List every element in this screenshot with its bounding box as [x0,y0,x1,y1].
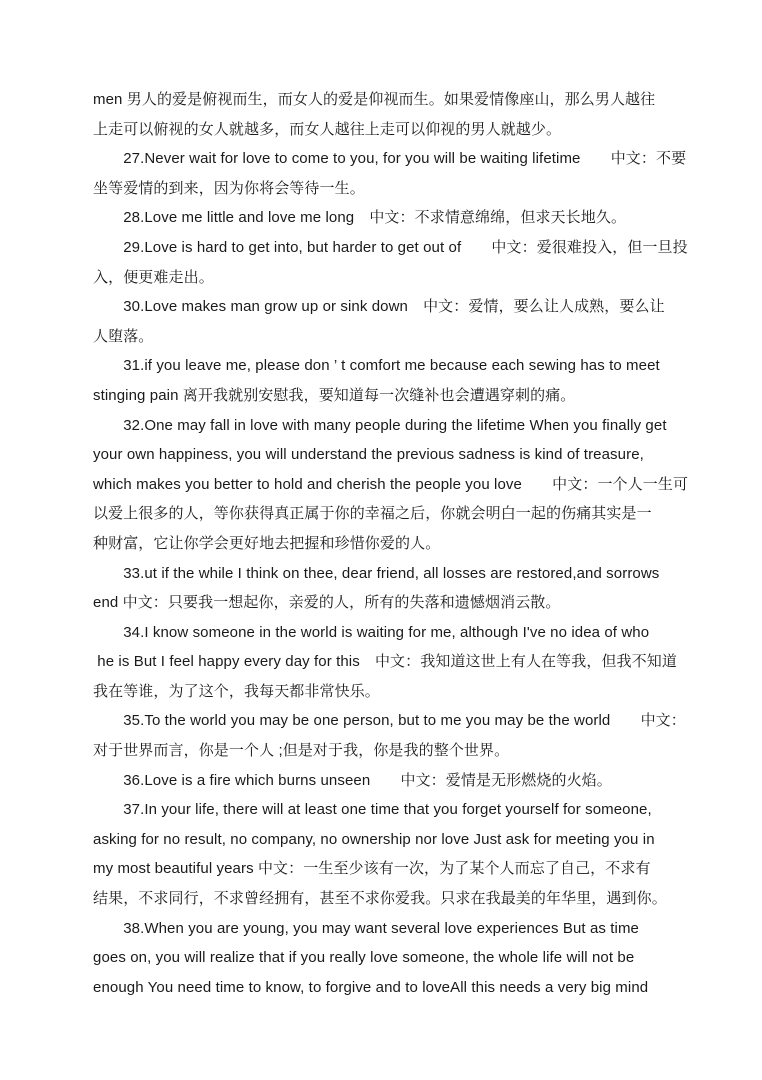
paragraph-36: 36.Love is a fire which burns unseen 中文：… [93,766,673,796]
document-page: men 男人的爱是俯视而生，而女人的爱是仰视而生。如果爱情像座山，那么男人越往 … [0,0,762,1080]
text-line: which makes you better to hold and cheri… [93,470,673,500]
text-line: asking for no result, no company, no own… [93,825,673,855]
text-line: 对于世界而言，你是一个人 ;但是对于我，你是我的整个世界。 [93,736,673,766]
text-line: goes on, you will realize that if you re… [93,943,673,973]
text-line: 28.Love me little and love me long 中文：不求… [93,203,673,233]
text-line: 结果，不求同行，不求曾经拥有，甚至不求你爱我。只求在我最美的年华里，遇到你。 [93,884,673,914]
text-line: 30.Love makes man grow up or sink down 中… [93,292,673,322]
text-line: 32.One may fall in love with many people… [93,411,673,441]
text-line: enough You need time to know, to forgive… [93,973,673,1003]
paragraph-33: 33.ut if the while I think on thee, dear… [93,559,673,618]
text-line: 坐等爱情的到来，因为你将会等待一生。 [93,174,673,204]
paragraph-27: 27.Never wait for love to come to you, f… [93,144,673,203]
paragraph-37: 37.In your life, there will at least one… [93,795,673,913]
text-line: he is But I feel happy every day for thi… [93,647,673,677]
text-line: 27.Never wait for love to come to you, f… [93,144,673,174]
paragraph-31: 31.if you leave me, please don ’ t comfo… [93,351,673,410]
paragraph-28: 28.Love me little and love me long 中文：不求… [93,203,673,233]
paragraph-30: 30.Love makes man grow up or sink down 中… [93,292,673,351]
text-line: 33.ut if the while I think on thee, dear… [93,559,673,589]
text-line: 人堕落。 [93,322,673,352]
paragraph-38: 38.When you are young, you may want seve… [93,914,673,1003]
text-line: 我在等谁，为了这个，我每天都非常快乐。 [93,677,673,707]
text-line: 34.I know someone in the world is waitin… [93,618,673,648]
text-line: 35.To the world you may be one person, b… [93,706,673,736]
text-line: end 中文：只要我一想起你，亲爱的人，所有的失落和遗憾烟消云散。 [93,588,673,618]
text-line: 入，便更难走出。 [93,263,673,293]
text-line: 37.In your life, there will at least one… [93,795,673,825]
text-line: 29.Love is hard to get into, but harder … [93,233,673,263]
paragraph-26-continuation: men 男人的爱是俯视而生，而女人的爱是仰视而生。如果爱情像座山，那么男人越往 … [93,85,673,144]
paragraph-29: 29.Love is hard to get into, but harder … [93,233,673,292]
paragraph-34: 34.I know someone in the world is waitin… [93,618,673,707]
text-line: men 男人的爱是俯视而生，而女人的爱是仰视而生。如果爱情像座山，那么男人越往 [93,85,673,115]
text-line: my most beautiful years 中文：一生至少该有一次，为了某个… [93,854,673,884]
text-line: 38.When you are young, you may want seve… [93,914,673,944]
text-line: 种财富，它让你学会更好地去把握和珍惜你爱的人。 [93,529,673,559]
text-line: 31.if you leave me, please don ’ t comfo… [93,351,673,381]
text-line: 上走可以俯视的女人就越多，而女人越往上走可以仰视的男人就越少。 [93,115,673,145]
text-line: 36.Love is a fire which burns unseen 中文：… [93,766,673,796]
text-line: your own happiness, you will understand … [93,440,673,470]
paragraph-32: 32.One may fall in love with many people… [93,411,673,559]
document-text-block: men 男人的爱是俯视而生，而女人的爱是仰视而生。如果爱情像座山，那么男人越往 … [93,85,673,1002]
text-line: 以爱上很多的人，等你获得真正属于你的幸福之后，你就会明白一起的伤痛其实是一 [93,499,673,529]
paragraph-35: 35.To the world you may be one person, b… [93,706,673,765]
text-line: stinging pain 离开我就别安慰我，要知道每一次缝补也会遭遇穿刺的痛。 [93,381,673,411]
